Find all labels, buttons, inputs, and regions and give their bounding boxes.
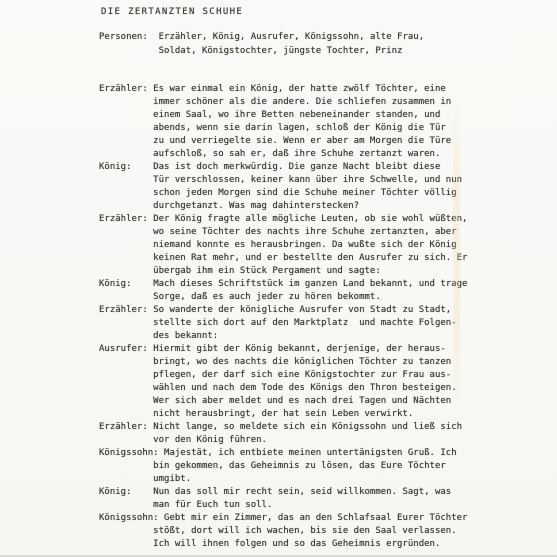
- dialogue-block: Erzähler: Der König fragte alle mögliche…: [99, 213, 467, 278]
- speaker-label: König:: [99, 487, 132, 497]
- speaker-label: König:: [99, 162, 132, 172]
- dialogue-block: König: Nun das soll mir recht sein, seid…: [99, 486, 467, 512]
- speaker-label: Königssohn:: [99, 513, 159, 523]
- speaker-label: Königssohn:: [99, 448, 159, 458]
- dialogue-block: Königssohn: Gebt mir ein Zimmer, das an …: [99, 512, 467, 551]
- dialogue-text: Erzähler, König, Ausrufer, Königssohn, a…: [99, 32, 424, 56]
- dialogue-block: Erzähler: Nicht lange, so meldete sich e…: [99, 421, 467, 447]
- dialogue-block: Königssohn: Majestät, ich entbiete meine…: [99, 447, 467, 486]
- dialogue-text: Nicht lange, so meldete sich ein Königss…: [99, 422, 462, 445]
- speaker-label: Erzähler:: [99, 214, 148, 224]
- speaker-label: Personen:: [99, 32, 148, 42]
- dialogue-block: Erzähler: So wanderte der königliche Aus…: [99, 304, 467, 343]
- scanned-page: DIE ZERTANZTEN SCHUHE Personen: Erzähler…: [0, 0, 557, 557]
- dialogue-block: Erzähler: Es war einmal ein König, der h…: [99, 83, 467, 161]
- cast-block: Personen: Erzähler, König, Ausrufer, Kön…: [99, 31, 424, 58]
- speaker-label: Erzähler:: [99, 422, 148, 432]
- dialogue-text: So wanderte der königliche Ausrufer von …: [99, 305, 457, 341]
- speaker-label: Erzähler:: [99, 305, 148, 315]
- dialogue-script: Erzähler: Es war einmal ein König, der h…: [99, 83, 467, 551]
- speaker-label: Ausrufer:: [99, 344, 148, 354]
- dialogue-text: Der König fragte alle mögliche Leuten, o…: [99, 214, 467, 276]
- dialogue-block: König: Das ist doch merkwürdig. Die ganz…: [99, 161, 467, 213]
- dialogue-text: Nun das soll mir recht sein, seid willko…: [99, 487, 451, 510]
- cast-list: Personen: Erzähler, König, Ausrufer, Kön…: [99, 31, 424, 58]
- dialogue-text: Das ist doch merkwürdig. Die ganze Nacht…: [99, 162, 462, 211]
- speaker-label: König:: [99, 279, 132, 289]
- dialogue-text: Mach dieses Schriftstück im ganzen Land …: [99, 279, 467, 302]
- document-title: DIE ZERTANZTEN SCHUHE: [101, 6, 243, 19]
- dialogue-text: Es war einmal ein König, der hatte zwölf…: [99, 84, 451, 159]
- dialogue-text: Hiermit gibt der König bekannt, derjenig…: [99, 344, 457, 419]
- dialogue-block: Ausrufer: Hiermit gibt der König bekannt…: [99, 343, 467, 421]
- speaker-label: Erzähler:: [99, 84, 148, 94]
- dialogue-block: König: Mach dieses Schriftstück im ganze…: [99, 278, 467, 304]
